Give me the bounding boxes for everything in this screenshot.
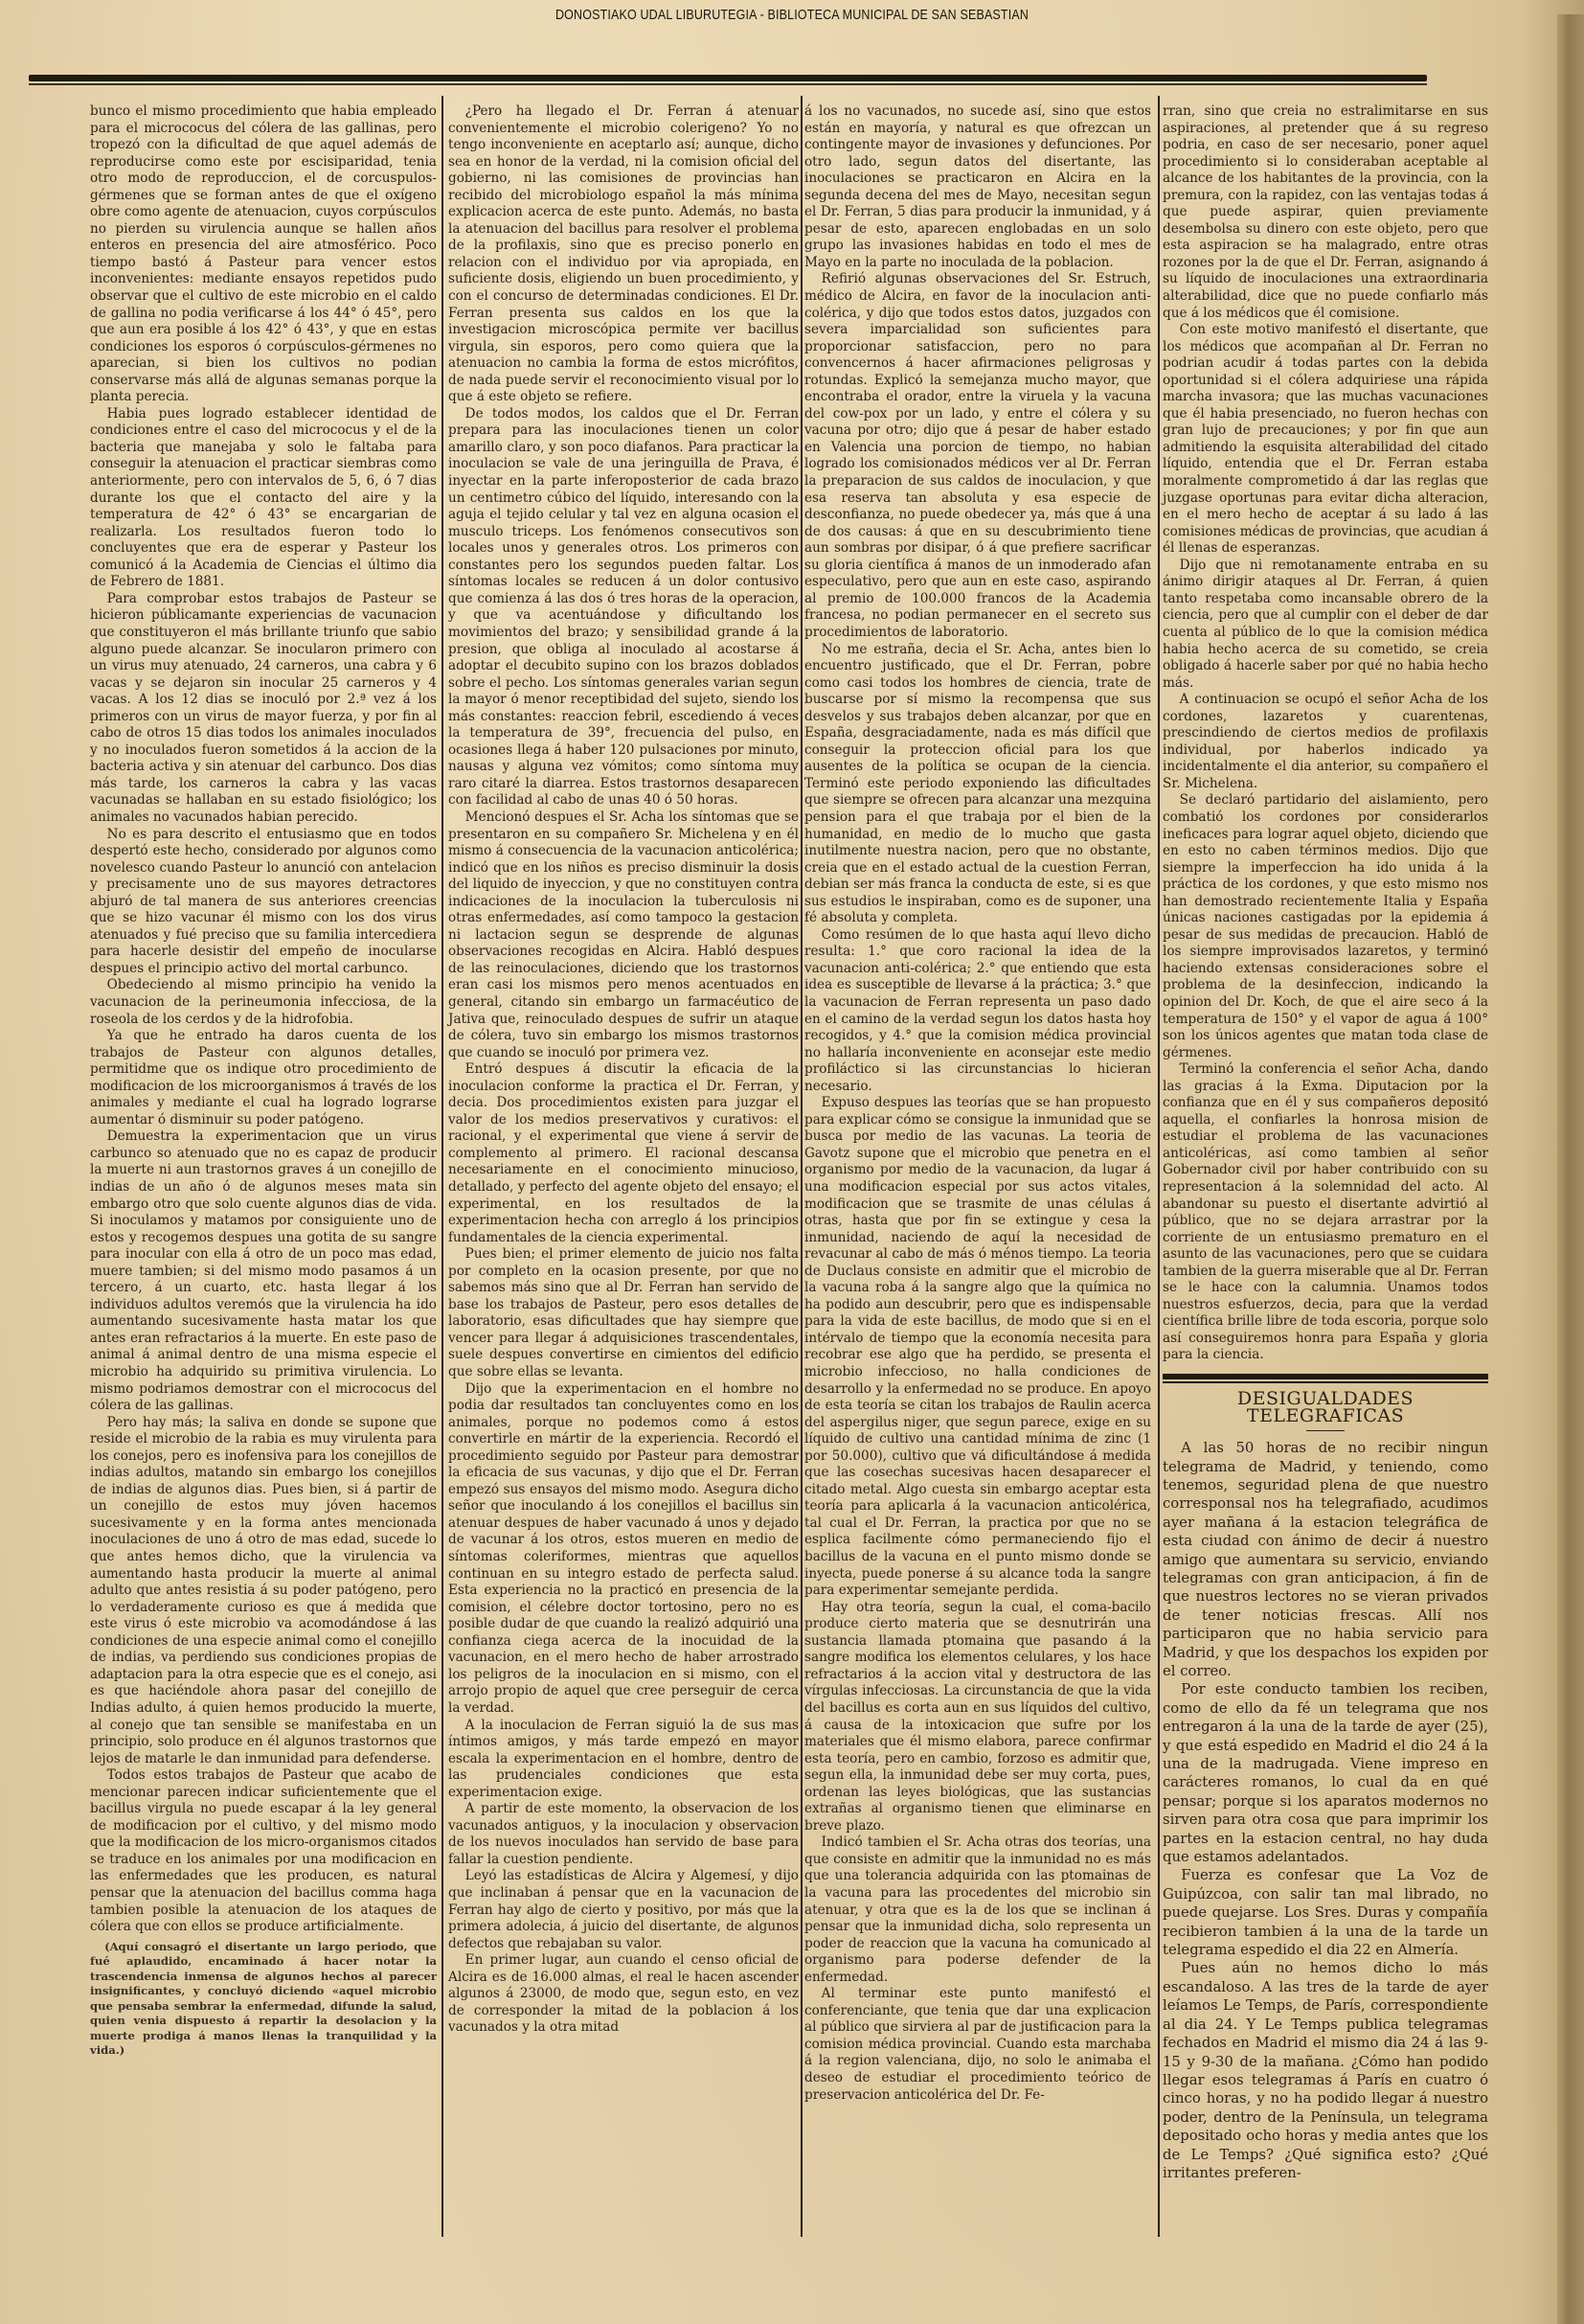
editorial-note: (Aquí consagró el disertante un largo pe… xyxy=(90,1940,437,2059)
paragraph: No me estraña, decia el Sr. Acha, antes … xyxy=(804,642,1151,927)
paragraph: A partir de este momento, la observacion… xyxy=(448,1801,799,1868)
paragraph: Ya que he entrado ha daros cuenta de los… xyxy=(90,1028,437,1128)
section-rule xyxy=(1163,1374,1488,1379)
paragraph: No es para descrito el entusiasmo que en… xyxy=(90,827,437,978)
paragraph: á los no vacunados, no sucede así, sino … xyxy=(804,103,1151,271)
telegraph-article: A las 50 horas de no recibir ningun tele… xyxy=(1163,1439,1488,2182)
paragraph: Dijo que la experimentacion en el hombre… xyxy=(448,1381,799,1718)
paragraph: Con este motivo manifestó el disertante,… xyxy=(1163,322,1488,558)
paragraph: Demuestra la experimentacion que un viru… xyxy=(90,1128,437,1414)
paragraph: Expuso despues las teorías que se han pr… xyxy=(804,1095,1151,1599)
paragraph: Pero hay más; la saliva en donde se supo… xyxy=(90,1415,437,1767)
paragraph: ¿Pero ha llegado el Dr. Ferran á atenuar… xyxy=(448,103,799,406)
paragraph: Dijo que ni remotanamente entraba en su … xyxy=(1163,558,1488,692)
paragraph: Se declaró partidario del aislamiento, p… xyxy=(1163,792,1488,1061)
paragraph: Fuerza es confesar que La Voz de Guipúzc… xyxy=(1163,1866,1488,1959)
paragraph: Hay otra teoría, segun la cual, el coma-… xyxy=(804,1600,1151,1835)
paragraph: A las 50 horas de no recibir ningun tele… xyxy=(1163,1439,1488,1680)
paragraph: Refirió algunas observaciones del Sr. Es… xyxy=(804,271,1151,641)
article-column-3: á los no vacunados, no sucede así, sino … xyxy=(804,103,1151,2104)
article-headline: DESIGUALDADES TELEGRAFICAS xyxy=(1163,1391,1488,1424)
paragraph: En primer lugar, aun cuando el censo ofi… xyxy=(448,1952,799,2037)
headline-dash xyxy=(1306,1430,1345,1431)
paragraph: Para comprobar estos trabajos de Pasteur… xyxy=(90,591,437,827)
paragraph: Indicó tambien el Sr. Acha otras dos teo… xyxy=(804,1834,1151,1986)
paragraph: Terminó la conferencia el señor Acha, da… xyxy=(1163,1061,1488,1364)
paragraph: Entró despues á discutir la eficacia de … xyxy=(448,1061,799,1246)
paragraph: A la inoculacion de Ferran siguió la de … xyxy=(448,1718,799,1802)
paragraph: Pues aún no hemos dicho lo más escandalo… xyxy=(1163,1959,1488,2182)
paragraph: Obedeciendo al mismo principio ha venido… xyxy=(90,977,437,1028)
paragraph: A continuacion se ocupó el señor Acha de… xyxy=(1163,692,1488,792)
masthead-rule-thin xyxy=(29,83,1427,85)
paragraph: Al terminar este punto manifestó el conf… xyxy=(804,1986,1151,2104)
article-column-4: rran, sino que creia no estralimitarse e… xyxy=(1163,103,1488,2182)
paragraph: Mencionó despues el Sr. Acha los síntoma… xyxy=(448,809,799,1061)
paragraph: De todos modos, los caldos que el Dr. Fe… xyxy=(448,406,799,809)
column-divider xyxy=(1158,96,1160,2237)
article-column-1: bunco el mismo procedimiento que habia e… xyxy=(90,103,437,2059)
article-column-2: ¿Pero ha llegado el Dr. Ferran á atenuar… xyxy=(448,103,799,2037)
paragraph: Habia pues logrado establecer identidad … xyxy=(90,406,437,591)
paragraph: Como resúmen de lo que hasta aquí llevo … xyxy=(804,927,1151,1095)
paragraph: Pues bien; el primer elemento de juicio … xyxy=(448,1246,799,1380)
section-rule-thin xyxy=(1163,1381,1488,1383)
paragraph: Por este conducto tambien los reciben, c… xyxy=(1163,1680,1488,1866)
paragraph: Todos estos trabajos de Pasteur que acab… xyxy=(90,1767,437,1935)
paragraph: rran, sino que creia no estralimitarse e… xyxy=(1163,103,1488,322)
paragraph: Leyó las estadísticas de Alcira y Algeme… xyxy=(448,1868,799,1952)
column-divider xyxy=(441,96,443,2237)
page-binding-edge xyxy=(1557,14,1584,2324)
masthead-rule xyxy=(29,75,1427,81)
paragraph: bunco el mismo procedimiento que habia e… xyxy=(90,103,437,406)
library-banner: DONOSTIAKO UDAL LIBURUTEGIA - BIBLIOTECA… xyxy=(111,8,1473,23)
column-divider xyxy=(801,96,803,2237)
